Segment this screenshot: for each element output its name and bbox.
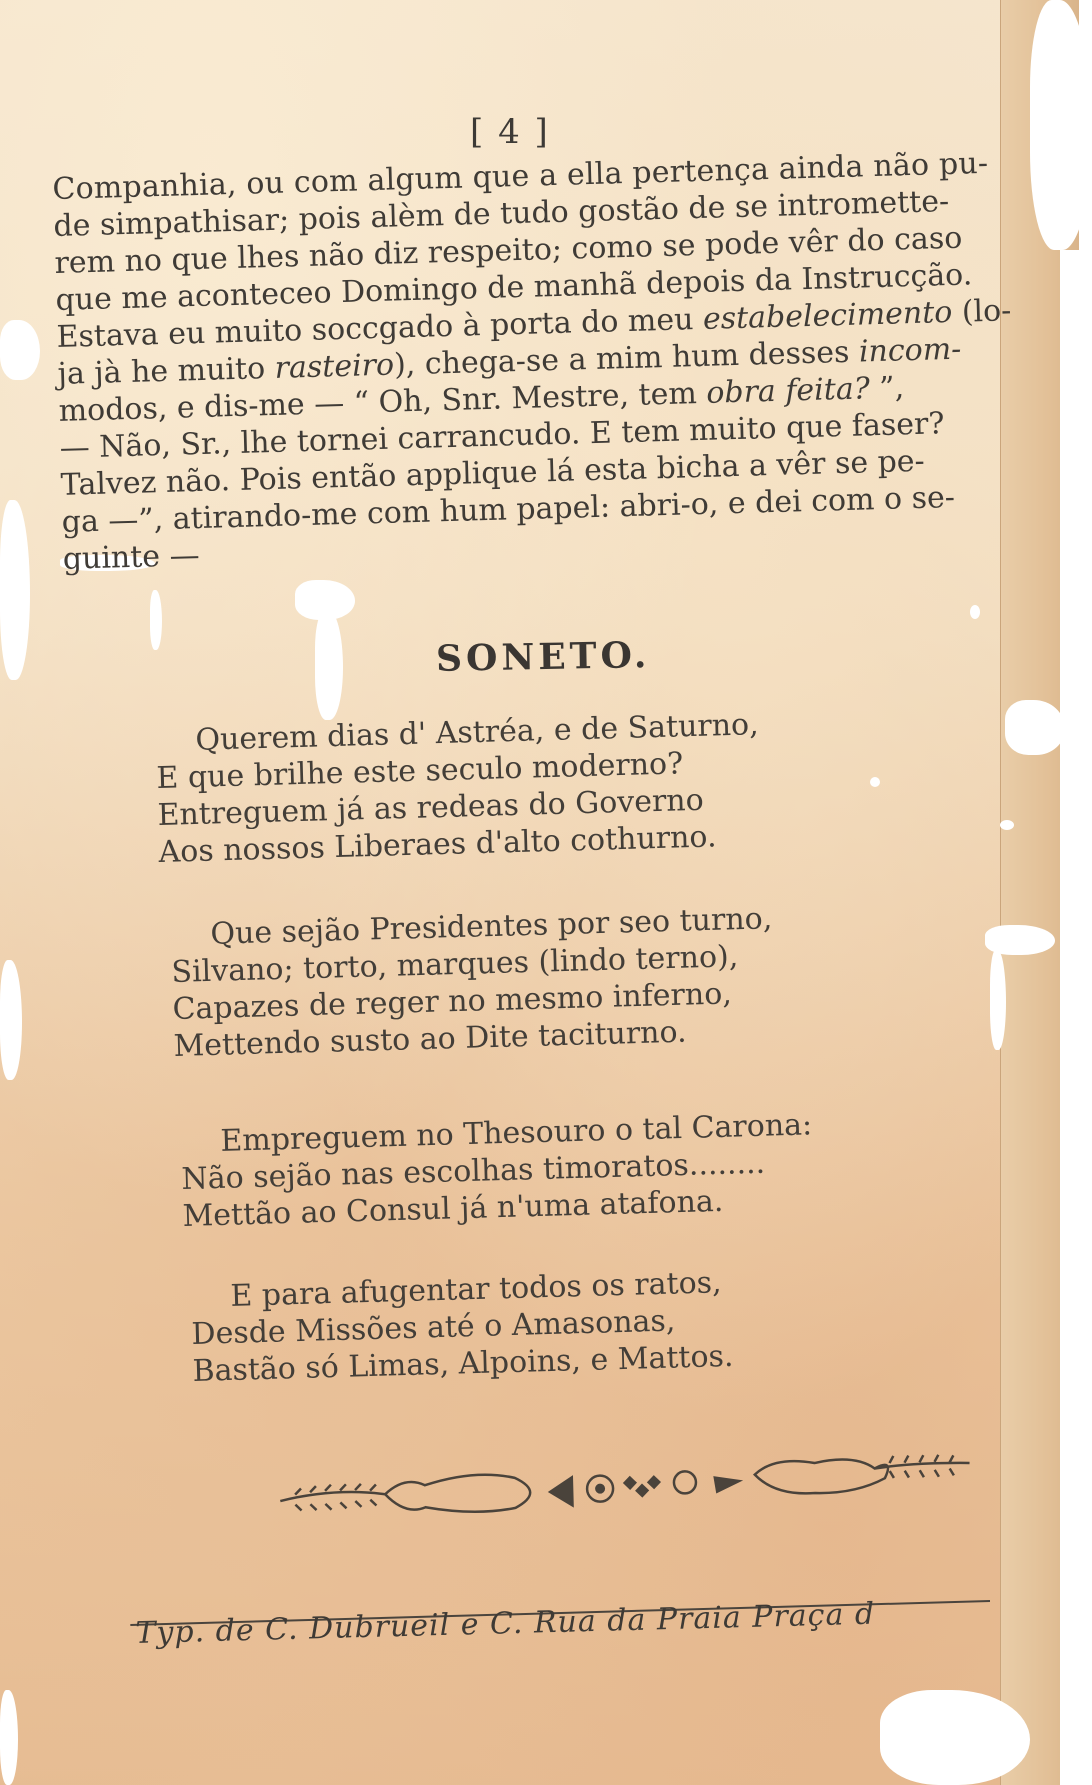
worm-hole [1000, 820, 1014, 830]
poem-stanza-2: Que sejão Presidentes por seo turno, Sil… [170, 901, 776, 1066]
worm-hole [970, 605, 980, 619]
poem-title: SONETO. [436, 634, 651, 680]
worm-hole [870, 777, 880, 787]
paper-margin [1060, 250, 1092, 1785]
poem-stanza-1: Querem dias d' Astréa, e de Saturno, E q… [155, 707, 762, 872]
paper-tear [0, 960, 22, 1080]
paper-tear [0, 320, 40, 380]
paper-tear [1005, 700, 1065, 755]
page-number: [ 4 ] [470, 112, 550, 152]
paper-tear [1030, 0, 1092, 250]
paper-tear [990, 950, 1006, 1050]
paper-tear [315, 610, 343, 720]
paper-tear [880, 1690, 1030, 1785]
poem-stanza-4: E para afugentar todos os ratos, Desde M… [190, 1265, 734, 1391]
paper-tear [0, 1690, 18, 1785]
paper-tear [150, 590, 162, 650]
prose-paragraph: Companhia, ou com algum que a ella perte… [52, 145, 1043, 579]
poem-stanza-3: Empreguem no Thesouro o tal Carona: Não … [180, 1107, 815, 1236]
